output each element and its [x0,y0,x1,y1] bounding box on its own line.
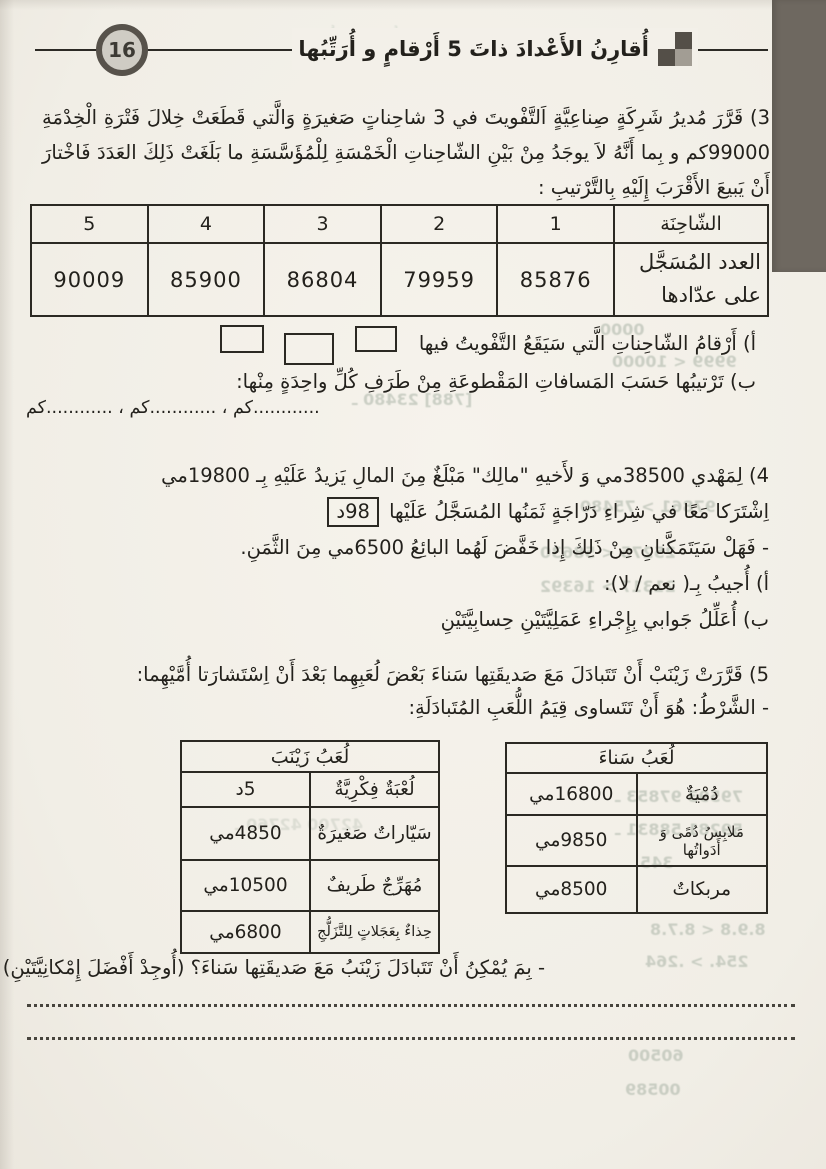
table-title-row: لُعَبُ سَناءَ [506,743,767,773]
trucks-header-row: الشّاحِنَة 1 2 3 4 5 [31,205,768,243]
corner-scan-band [772,0,826,272]
zeineb-toys-table: لُعَبُ زَيْنَبَ لُعْبَةٌ فِكْرِيَّةٌ 5د … [180,740,440,954]
scan-edge-shadow [0,0,14,1169]
exercise4-part-a: أ) أُجيبُ بِـ( نعم / لا): [40,566,769,602]
toy-name-cell: سَيّاراتٌ صَغيرَةٌ [310,807,439,860]
exercise5-question: - بِمَ يُمْكِنُ أَنْ تَتَبادَلَ زَيْنَبُ… [45,950,545,985]
table-row: حِذاءٌ بِعَجَلاتٍ لِلتَّزَلُّجِ 6800مي [181,911,439,953]
table-row: مَلابِسُ دُمًى وَ أَدَواتُها 9850مي [506,815,767,866]
toy-value-cell: 8500مي [506,866,637,913]
checker-squares-icon [658,32,692,66]
bleed-through-text: 8.9.8 < 8.7.8 [650,920,766,939]
exercise4: 4) لِمَهْدي 38500مي وَ لأَخيهِ "مالِك" م… [40,458,769,638]
answer-box [355,326,397,352]
exercise3-part-b: ب) تَرْتيبُها حَسَبَ المَسافاتِ المَقْطو… [236,364,756,399]
toy-value-cell: 9850مي [506,815,637,866]
table-row: مربكاتٌ 8500مي [506,866,767,913]
odometer-row-label: العدد المُسَجَّل على عدّادها [614,243,768,316]
bleed-through-text: 00589 [625,1080,681,1099]
toy-value-cell: 10500مي [181,860,310,911]
toy-name-cell: لُعْبَةٌ فِكْرِيَّةٌ [310,772,439,807]
trucks-table: الشّاحِنَة 1 2 3 4 5 العدد المُسَجَّل عل… [30,204,769,317]
table-row: مُهَرِّجٌ طَريفٌ 10500مي [181,860,439,911]
odometer-value-cell: 90009 [31,243,148,316]
exercise5-statement: 5) قَرَّرَتْ زَيْنَبْ أَنْ تَتَبادَلَ مَ… [40,658,769,691]
truck-number-cell: 2 [381,205,498,243]
page-number: 16 [108,38,136,62]
answer-box [284,333,334,365]
price-box: 98د [327,497,379,527]
lesson-header: أُقارِنُ الأَعْدادَ ذاتَ 5 أَرْقامٍ و أُ… [292,28,698,70]
lesson-title: أُقارِنُ الأَعْدادَ ذاتَ 5 أَرْقامٍ و أُ… [298,37,649,61]
toy-value-cell: 16800مي [506,773,637,815]
truck-number-cell: 3 [264,205,381,243]
bleed-through-text: 60500 [628,1046,684,1065]
exercise3-statement: 3) قَرَّرَ مُديرُ شَرِكَةٍ صِناعِيَّةٍ ا… [42,100,770,205]
exercise3-part-a: أ) أَرْقامُ الشّاحِناتِ الَّتي سَيَقَعُ … [220,326,756,361]
scan-edge-shadow [0,0,826,10]
answer-box [220,325,264,353]
odometer-row-label-line1: العدد المُسَجَّل [639,250,761,274]
exercise5-condition: - الشَّرْطُ: هُوَ أَنْ تَتَساوى قِيَمُ ا… [40,691,769,724]
odometer-value-cell: 79959 [381,243,498,316]
scanned-textbook-page: 0000 9999 < 10000 [788] ـ 23480 97861 > … [0,0,826,1169]
zeineb-table-title: لُعَبُ زَيْنَبَ [181,741,439,772]
toy-name-cell: حِذاءٌ بِعَجَلاتٍ لِلتَّزَلُّجِ [310,911,439,953]
table-row: سَيّاراتٌ صَغيرَةٌ 4850مي [181,807,439,860]
table-row: لُعْبَةٌ فِكْرِيَّةٌ 5د [181,772,439,807]
odometer-row-label-line2: على عدّادها [661,283,761,307]
dotted-answer-line [27,1004,795,1007]
exercise4-part-b: ب) أُعَلِّلُ جَوابي بِإِجْراءِ عَمَلِيَّ… [40,602,769,638]
bleed-through-text: 254. > .264 [645,952,749,971]
toy-name-cell: دُمْيَةٌ [637,773,768,815]
page-number-badge: 16 [96,24,148,76]
exercise4-line3: - فَهَلْ سَيَتَمَكَّنانِ مِنْ ذَلِكَ إِذ… [40,530,769,566]
toy-name-cell: مربكاتٌ [637,866,768,913]
odometer-value-cell: 85900 [148,243,265,316]
table-title-row: لُعَبُ زَيْنَبَ [181,741,439,772]
dotted-answer-line [27,1037,795,1040]
sanaa-table-title: لُعَبُ سَناءَ [506,743,767,773]
exercise4-line2-text: اِشْتَرَكا مَعًا في شِراءِ دَرّاجَةٍ ثَم… [389,500,769,523]
toy-value-cell: 5د [181,772,310,807]
exercise3-part-a-text: أ) أَرْقامُ الشّاحِناتِ الَّتي سَيَقَعُ … [419,332,756,355]
trucks-values-row: العدد المُسَجَّل على عدّادها 85876 79959… [31,243,768,316]
odometer-value-cell: 86804 [264,243,381,316]
sanaa-toys-table: لُعَبُ سَناءَ دُمْيَةٌ 16800مي مَلابِسُ … [505,742,768,914]
toy-value-cell: 6800مي [181,911,310,953]
table-row: دُمْيَةٌ 16800مي [506,773,767,815]
exercise4-line1: 4) لِمَهْدي 38500مي وَ لأَخيهِ "مالِك" م… [40,458,769,494]
exercise3-answer-line: ............كم ، ............كم ، ......… [26,398,320,418]
truck-number-cell: 1 [497,205,614,243]
trucks-corner-cell: الشّاحِنَة [614,205,768,243]
toy-name-cell: مَلابِسُ دُمًى وَ أَدَواتُها [637,815,768,866]
exercise4-line2: اِشْتَرَكا مَعًا في شِراءِ دَرّاجَةٍ ثَم… [40,494,769,530]
truck-number-cell: 4 [148,205,265,243]
exercise5: 5) قَرَّرَتْ زَيْنَبْ أَنْ تَتَبادَلَ مَ… [40,658,769,724]
truck-number-cell: 5 [31,205,148,243]
odometer-value-cell: 85876 [497,243,614,316]
toy-name-cell: مُهَرِّجٌ طَريفٌ [310,860,439,911]
toy-value-cell: 4850مي [181,807,310,860]
